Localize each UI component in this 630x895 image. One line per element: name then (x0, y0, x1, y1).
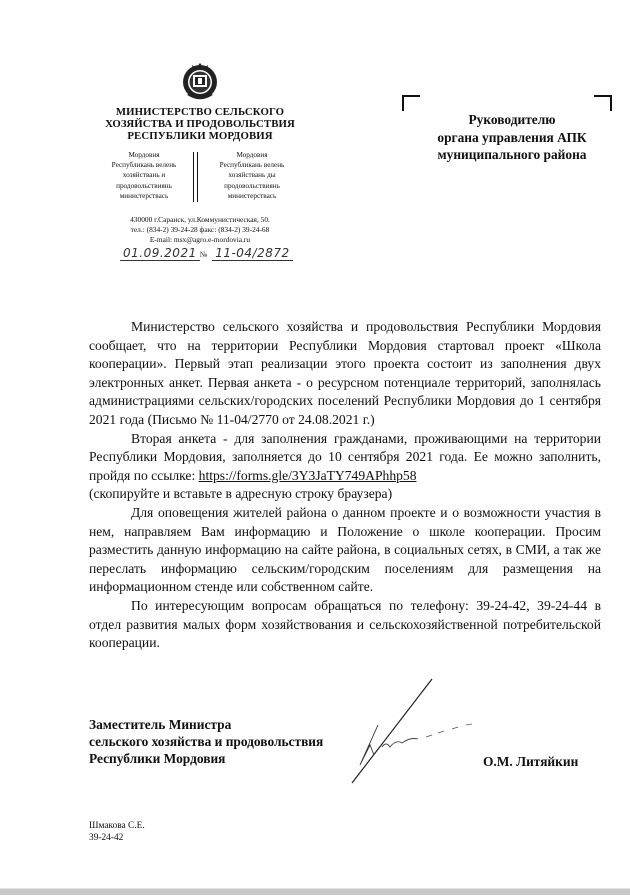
number-sign: № (200, 250, 208, 259)
registration-number: 01.09.2021№ 11-04/2872 (120, 246, 293, 261)
page-bottom-edge (0, 888, 630, 895)
link-note: (скопируйте и вставьте в адресную строку… (89, 485, 601, 504)
executor-phone: 39-24-42 (89, 833, 145, 845)
paragraph-2: Вторая анкета - для заполнения гражданам… (89, 430, 601, 504)
paragraph-1: Министерство сельского хозяйства и продо… (89, 318, 601, 430)
double-divider (193, 152, 198, 202)
letter-page: МИНИСТЕРСТВО СЕЛЬСКОГО ХОЗЯЙСТВА И ПРОДО… (0, 0, 630, 888)
paragraph-3: Для оповещения жителей района о данном п… (89, 504, 601, 597)
ministry-address: 430000 г.Саранск, ул.Коммунистическая, 5… (100, 215, 300, 245)
survey-link[interactable]: https://forms.gle/3Y3JaTY749APhhp58 (199, 468, 417, 483)
executor-info: Шмакова С.Е. 39-24-42 (89, 821, 145, 844)
moksha-name-right: Мордовия Республикань велень хозяйствань… (208, 150, 296, 201)
handwritten-signature (340, 675, 500, 785)
letterhead: МИНИСТЕРСТВО СЕЛЬСКОГО ХОЗЯЙСТВА И ПРОДО… (100, 58, 300, 245)
address-corner-right (594, 95, 612, 111)
address-corner-left (402, 95, 420, 111)
executor-name: Шмакова С.Е. (89, 821, 145, 833)
recipient: Руководителю органа управления АПК муниц… (412, 111, 612, 164)
ministry-name: МИНИСТЕРСТВО СЕЛЬСКОГО ХОЗЯЙСТВА И ПРОДО… (100, 106, 300, 142)
registration-code: 11-04/2872 (212, 246, 292, 261)
coat-of-arms-icon (178, 58, 222, 102)
signatory-title: Заместитель Министра сельского хозяйства… (89, 716, 323, 767)
moksha-names: Мордовия Республикань велень хозяйствань… (100, 150, 300, 208)
letter-body: Министерство сельского хозяйства и продо… (89, 318, 601, 653)
moksha-name-left: Мордовия Республикань велень хозяйствань… (100, 150, 188, 201)
signatory-name: О.М. Литяйкин (483, 754, 578, 770)
registration-date: 01.09.2021 (120, 246, 200, 261)
paragraph-4: По интересующим вопросам обращаться по т… (89, 597, 601, 653)
